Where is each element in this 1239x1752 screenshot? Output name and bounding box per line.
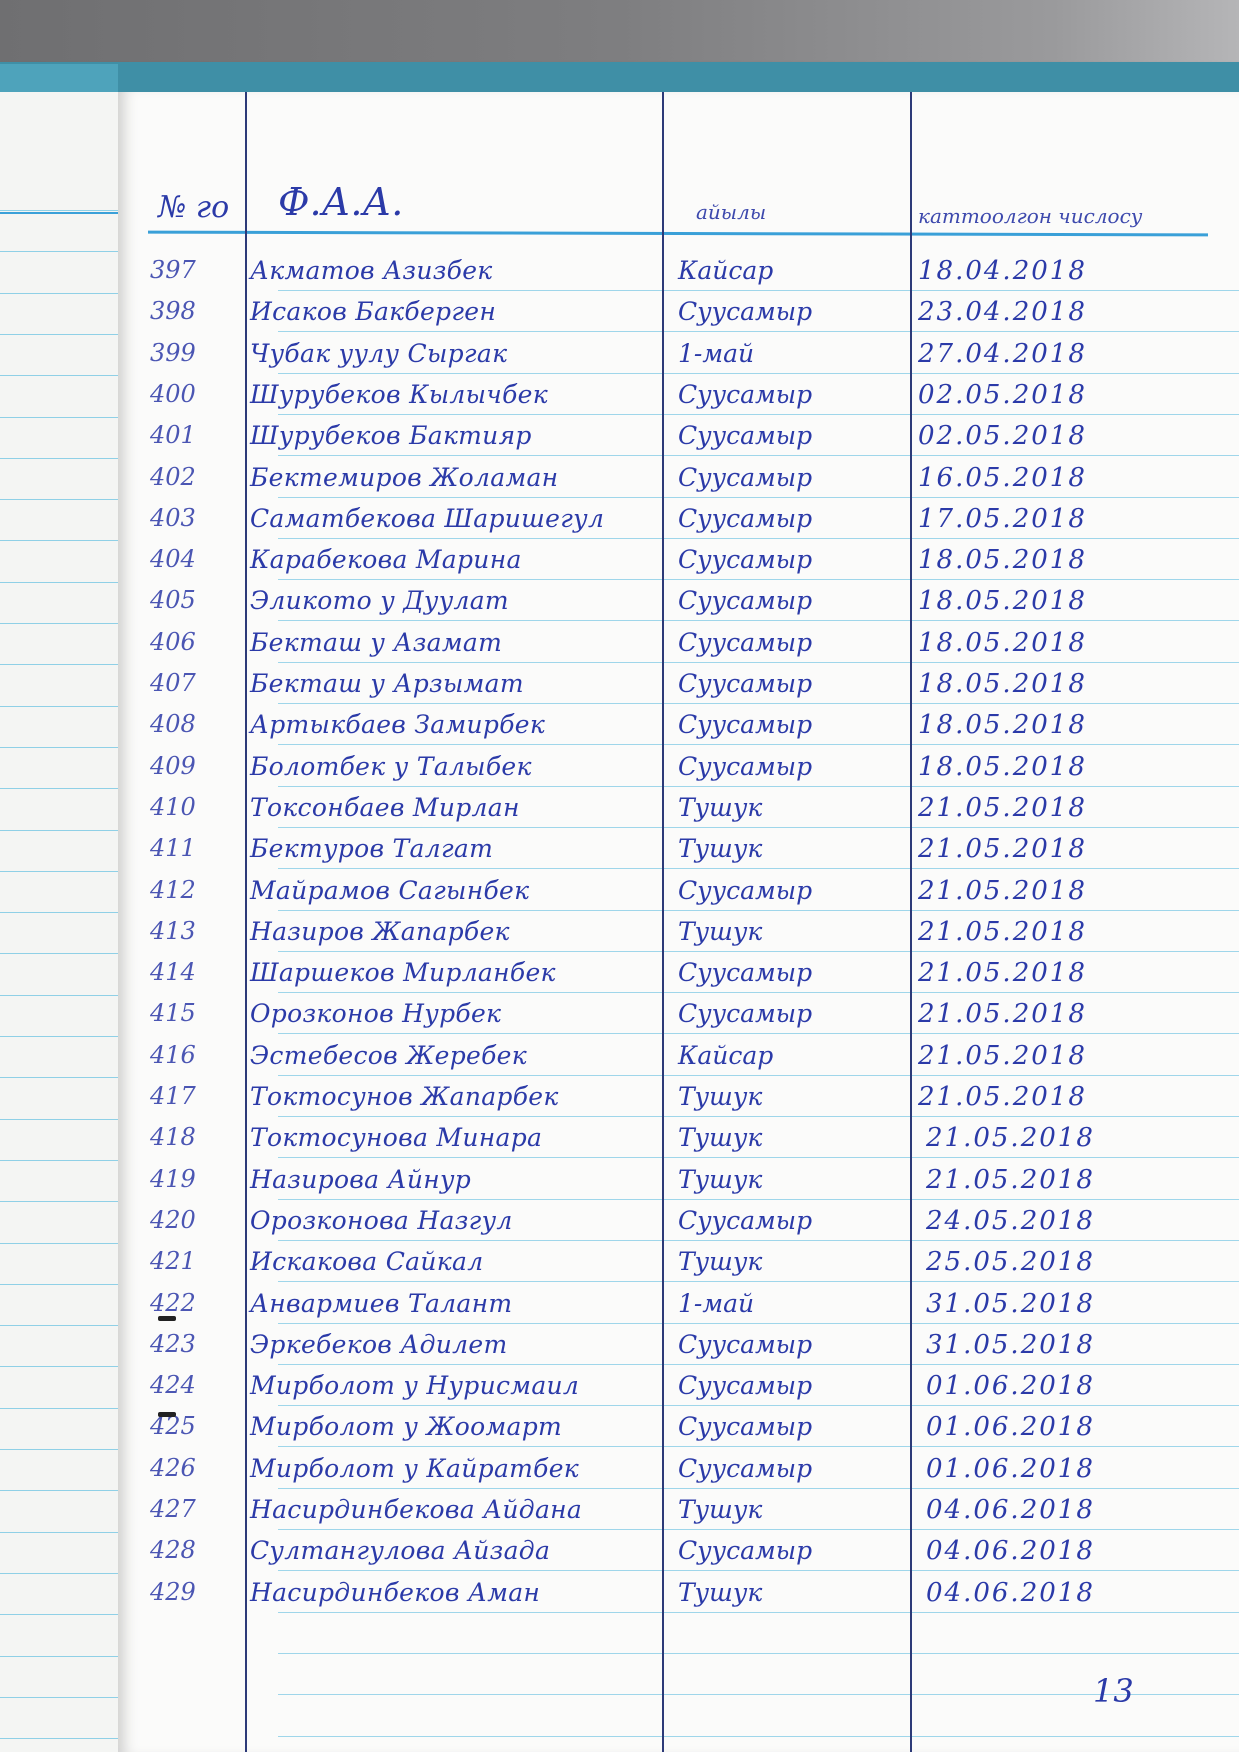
row-number: 423 xyxy=(150,1330,196,1358)
row-registration-date: 18.05.2018 xyxy=(918,628,1087,658)
row-village: Тушук xyxy=(678,834,762,863)
ruled-line xyxy=(278,1488,1239,1489)
row-village: Суусамыр xyxy=(678,504,812,533)
row-village: Тушук xyxy=(678,1082,762,1111)
row-full-name: Султангулова Айзада xyxy=(250,1536,550,1565)
row-registration-date: 02.05.2018 xyxy=(918,380,1087,410)
ruled-line xyxy=(0,210,118,211)
ruled-line xyxy=(0,912,118,913)
scanner-background xyxy=(0,0,1239,64)
row-full-name: Назиров Жапарбек xyxy=(250,917,510,946)
row-full-name: Эстебесов Жеребек xyxy=(250,1041,527,1070)
ruled-line xyxy=(0,1077,118,1078)
row-full-name: Эликото у Дуулат xyxy=(250,586,509,615)
row-full-name: Орозконов Нурбек xyxy=(250,999,501,1028)
facing-page xyxy=(0,92,118,1752)
row-village: Тушук xyxy=(678,1495,762,1524)
ruled-line xyxy=(278,992,1239,993)
ruled-line xyxy=(278,455,1239,456)
ruled-line xyxy=(0,664,118,665)
row-full-name: Майрамов Сагынбек xyxy=(250,876,529,905)
row-number: 417 xyxy=(150,1082,196,1110)
row-village: Суусамыр xyxy=(678,586,812,615)
row-registration-date: 21.05.2018 xyxy=(918,793,1087,823)
row-village: Суусамыр xyxy=(678,1371,812,1400)
ruled-line xyxy=(278,1116,1239,1117)
row-full-name: Токтосунов Жапарбек xyxy=(250,1082,559,1111)
ruled-line xyxy=(0,1614,118,1615)
row-number: 426 xyxy=(150,1454,196,1482)
ruled-line xyxy=(278,1157,1239,1158)
row-registration-date: 18.05.2018 xyxy=(918,710,1087,740)
row-full-name: Карабекова Марина xyxy=(250,545,522,574)
row-number: 407 xyxy=(150,669,196,697)
ruled-line xyxy=(0,1573,118,1574)
row-full-name: Мирболот у Кайратбек xyxy=(250,1454,579,1483)
header-full-name: Ф.А.А. xyxy=(278,180,403,224)
ruled-line xyxy=(0,1408,118,1409)
row-village: Суусамыр xyxy=(678,752,812,781)
row-registration-date: 27.04.2018 xyxy=(918,339,1087,369)
ruled-line xyxy=(278,1364,1239,1365)
row-registration-date: 21.05.2018 xyxy=(918,1082,1087,1112)
header-registration-date: каттоолгон числосу xyxy=(918,204,1142,228)
row-full-name: Бекташ у Азамат xyxy=(250,628,502,657)
row-full-name: Анвармиев Талант xyxy=(250,1289,512,1318)
header-underline xyxy=(148,231,1208,236)
ruled-line xyxy=(278,744,1239,745)
ruled-line xyxy=(278,786,1239,787)
row-number: 415 xyxy=(150,999,196,1027)
row-village: Тушук xyxy=(678,1578,762,1607)
ruled-line xyxy=(278,579,1239,580)
ruled-line xyxy=(0,706,118,707)
row-number: 403 xyxy=(150,504,196,532)
ruled-line xyxy=(0,1449,118,1450)
ruled-line xyxy=(0,540,118,541)
row-number: 414 xyxy=(150,958,196,986)
ruled-line xyxy=(0,417,118,418)
row-registration-date: 21.05.2018 xyxy=(926,1165,1095,1195)
ruled-line xyxy=(278,868,1239,869)
column-divider-number xyxy=(245,92,247,1752)
row-village: Тушук xyxy=(678,1165,762,1194)
row-village: Суусамыр xyxy=(678,1454,812,1483)
ruled-line xyxy=(0,953,118,954)
ruled-line xyxy=(278,620,1239,621)
row-registration-date: 21.05.2018 xyxy=(918,876,1087,906)
ruled-line xyxy=(0,1738,118,1739)
row-village: 1-май xyxy=(678,1289,754,1318)
row-village: Суусамыр xyxy=(678,628,812,657)
row-full-name: Шурубеков Кылычбек xyxy=(250,380,548,409)
row-village: Тушук xyxy=(678,1123,762,1152)
row-number: 402 xyxy=(150,463,196,491)
row-full-name: Акматов Азизбек xyxy=(250,256,493,285)
row-village: 1-май xyxy=(678,339,754,368)
row-registration-date: 04.06.2018 xyxy=(926,1578,1095,1608)
row-village: Тушук xyxy=(678,793,762,822)
ruled-line xyxy=(0,582,118,583)
row-registration-date: 31.05.2018 xyxy=(926,1330,1095,1360)
row-number: 419 xyxy=(150,1165,196,1193)
row-village: Суусамыр xyxy=(678,1330,812,1359)
ruled-line xyxy=(0,871,118,872)
row-full-name: Бектемиров Жоламан xyxy=(250,463,558,492)
header-underline xyxy=(0,212,118,214)
row-registration-date: 18.05.2018 xyxy=(918,752,1087,782)
row-village: Суусамыр xyxy=(678,1412,812,1441)
row-number: 424 xyxy=(150,1371,196,1399)
ruled-line xyxy=(278,1075,1239,1076)
ruled-line xyxy=(0,334,118,335)
row-number: 416 xyxy=(150,1041,196,1069)
row-registration-date: 18.04.2018 xyxy=(918,256,1087,286)
column-divider-name xyxy=(662,92,664,1752)
ruled-line xyxy=(0,458,118,459)
ruled-line xyxy=(278,910,1239,911)
row-registration-date: 02.05.2018 xyxy=(918,421,1087,451)
ruled-line xyxy=(278,827,1239,828)
row-full-name: Бектуров Талгат xyxy=(250,834,493,863)
ruled-line xyxy=(0,1284,118,1285)
ruled-line xyxy=(0,499,118,500)
column-divider-village xyxy=(910,92,912,1752)
row-full-name: Токтосунова Минара xyxy=(250,1123,542,1152)
row-registration-date: 18.05.2018 xyxy=(918,586,1087,616)
row-number: 397 xyxy=(150,256,196,284)
ruled-line xyxy=(0,1201,118,1202)
row-registration-date: 31.05.2018 xyxy=(926,1289,1095,1319)
row-full-name: Токсонбаев Мирлан xyxy=(250,793,520,822)
row-registration-date: 21.05.2018 xyxy=(918,999,1087,1029)
binding-staple xyxy=(158,1412,176,1417)
row-number: 418 xyxy=(150,1123,196,1151)
row-registration-date: 01.06.2018 xyxy=(926,1454,1095,1484)
row-registration-date: 01.06.2018 xyxy=(926,1371,1095,1401)
row-village: Суусамыр xyxy=(678,545,812,574)
ruled-line xyxy=(278,1529,1239,1530)
row-full-name: Бекташ у Арзымат xyxy=(250,669,524,698)
row-full-name: Чубак уулу Сыргак xyxy=(250,339,507,368)
ruled-line xyxy=(278,703,1239,704)
row-registration-date: 21.05.2018 xyxy=(926,1123,1095,1153)
ruled-line xyxy=(0,747,118,748)
ruled-line xyxy=(278,951,1239,952)
row-village: Суусамыр xyxy=(678,380,812,409)
row-number: 422 xyxy=(150,1289,196,1317)
row-village: Суусамыр xyxy=(678,1206,812,1235)
row-village: Кайсар xyxy=(678,1041,773,1070)
row-full-name: Орозконова Назгул xyxy=(250,1206,513,1235)
ruled-line xyxy=(278,1446,1239,1447)
row-number: 420 xyxy=(150,1206,196,1234)
ruled-line xyxy=(0,830,118,831)
ruled-line xyxy=(0,995,118,996)
ruled-line xyxy=(278,414,1239,415)
ruled-line xyxy=(0,1119,118,1120)
ruled-line xyxy=(0,1366,118,1367)
ruled-line xyxy=(278,331,1239,332)
row-village: Суусамыр xyxy=(678,669,812,698)
ruled-line xyxy=(0,1532,118,1533)
row-registration-date: 24.05.2018 xyxy=(926,1206,1095,1236)
row-number: 399 xyxy=(150,339,196,367)
row-number: 413 xyxy=(150,917,196,945)
ruled-line xyxy=(278,1323,1239,1324)
row-full-name: Саматбекова Шаришегул xyxy=(250,504,604,533)
notebook-cover-edge-left xyxy=(0,64,118,92)
row-full-name: Мирболот у Нурисмаил xyxy=(250,1371,579,1400)
row-registration-date: 21.05.2018 xyxy=(918,834,1087,864)
ruled-line xyxy=(0,1036,118,1037)
row-registration-date: 21.05.2018 xyxy=(918,1041,1087,1071)
row-number: 401 xyxy=(150,421,196,449)
ruled-line xyxy=(278,1199,1239,1200)
ruled-line xyxy=(278,1405,1239,1406)
binding-staple xyxy=(158,1316,176,1321)
ruled-line xyxy=(278,373,1239,374)
row-registration-date: 18.05.2018 xyxy=(918,669,1087,699)
ruled-line xyxy=(0,293,118,294)
row-number: 409 xyxy=(150,752,196,780)
row-village: Суусамыр xyxy=(678,421,812,450)
ruled-line xyxy=(278,1736,1239,1737)
register-page: № го Ф.А.А. айылы каттоолгон числосу 397… xyxy=(118,92,1239,1752)
row-full-name: Назирова Айнур xyxy=(250,1165,471,1194)
row-village: Суусамыр xyxy=(678,710,812,739)
row-number: 429 xyxy=(150,1578,196,1606)
row-full-name: Мирболот у Жоомарт xyxy=(250,1412,562,1441)
ruled-line xyxy=(0,1243,118,1244)
row-full-name: Искакова Сайкал xyxy=(250,1247,483,1276)
row-number: 398 xyxy=(150,297,196,325)
ruled-line xyxy=(0,251,118,252)
row-registration-date: 25.05.2018 xyxy=(926,1247,1095,1277)
row-number: 405 xyxy=(150,586,196,614)
ruled-line xyxy=(278,1033,1239,1034)
notebook-cover-edge xyxy=(0,62,1239,92)
ruled-line xyxy=(278,1570,1239,1571)
ruled-line xyxy=(0,788,118,789)
row-full-name: Шаршеков Мирланбек xyxy=(250,958,556,987)
ruled-line xyxy=(0,1160,118,1161)
row-full-name: Насирдинбеков Аман xyxy=(250,1578,540,1607)
row-number: 427 xyxy=(150,1495,196,1523)
row-number: 410 xyxy=(150,793,196,821)
row-registration-date: 17.05.2018 xyxy=(918,504,1087,534)
row-village: Суусамыр xyxy=(678,297,812,326)
page-number: 13 xyxy=(1093,1672,1134,1710)
row-village: Кайсар xyxy=(678,256,773,285)
row-registration-date: 04.06.2018 xyxy=(926,1536,1095,1566)
ruled-line xyxy=(0,375,118,376)
ruled-line xyxy=(278,538,1239,539)
header-number: № го xyxy=(158,190,229,225)
ruled-line xyxy=(0,1490,118,1491)
row-full-name: Эркебеков Адилет xyxy=(250,1330,508,1359)
ruled-line xyxy=(0,1656,118,1657)
ruled-line xyxy=(0,623,118,624)
row-village: Тушук xyxy=(678,917,762,946)
row-number: 408 xyxy=(150,710,196,738)
row-village: Суусамыр xyxy=(678,958,812,987)
row-full-name: Артыкбаев Замирбек xyxy=(250,710,545,739)
ruled-line xyxy=(278,290,1239,291)
ruled-line xyxy=(278,1653,1239,1654)
ruled-line xyxy=(0,1325,118,1326)
row-registration-date: 23.04.2018 xyxy=(918,297,1087,327)
ruled-line xyxy=(278,1612,1239,1613)
row-village: Суусамыр xyxy=(678,1536,812,1565)
row-registration-date: 21.05.2018 xyxy=(918,958,1087,988)
header-village: айылы xyxy=(696,200,766,224)
row-registration-date: 21.05.2018 xyxy=(918,917,1087,947)
row-full-name: Насирдинбекова Айдана xyxy=(250,1495,582,1524)
ruled-line xyxy=(0,1697,118,1698)
row-number: 411 xyxy=(150,834,196,862)
row-full-name: Шурубеков Бактияр xyxy=(250,421,532,450)
row-village: Суусамыр xyxy=(678,876,812,905)
row-number: 404 xyxy=(150,545,196,573)
row-number: 400 xyxy=(150,380,196,408)
row-village: Тушук xyxy=(678,1247,762,1276)
row-registration-date: 18.05.2018 xyxy=(918,545,1087,575)
row-number: 412 xyxy=(150,876,196,904)
row-village: Суусамыр xyxy=(678,999,812,1028)
row-number: 428 xyxy=(150,1536,196,1564)
ruled-line xyxy=(278,1281,1239,1282)
row-registration-date: 01.06.2018 xyxy=(926,1412,1095,1442)
row-number: 421 xyxy=(150,1247,196,1275)
ruled-line xyxy=(278,1240,1239,1241)
row-registration-date: 04.06.2018 xyxy=(926,1495,1095,1525)
ruled-line xyxy=(278,497,1239,498)
row-number: 406 xyxy=(150,628,196,656)
row-registration-date: 16.05.2018 xyxy=(918,463,1087,493)
row-full-name: Исаков Бакберген xyxy=(250,297,496,326)
ruled-line xyxy=(278,662,1239,663)
row-village: Суусамыр xyxy=(678,463,812,492)
row-full-name: Болотбек у Талыбек xyxy=(250,752,532,781)
